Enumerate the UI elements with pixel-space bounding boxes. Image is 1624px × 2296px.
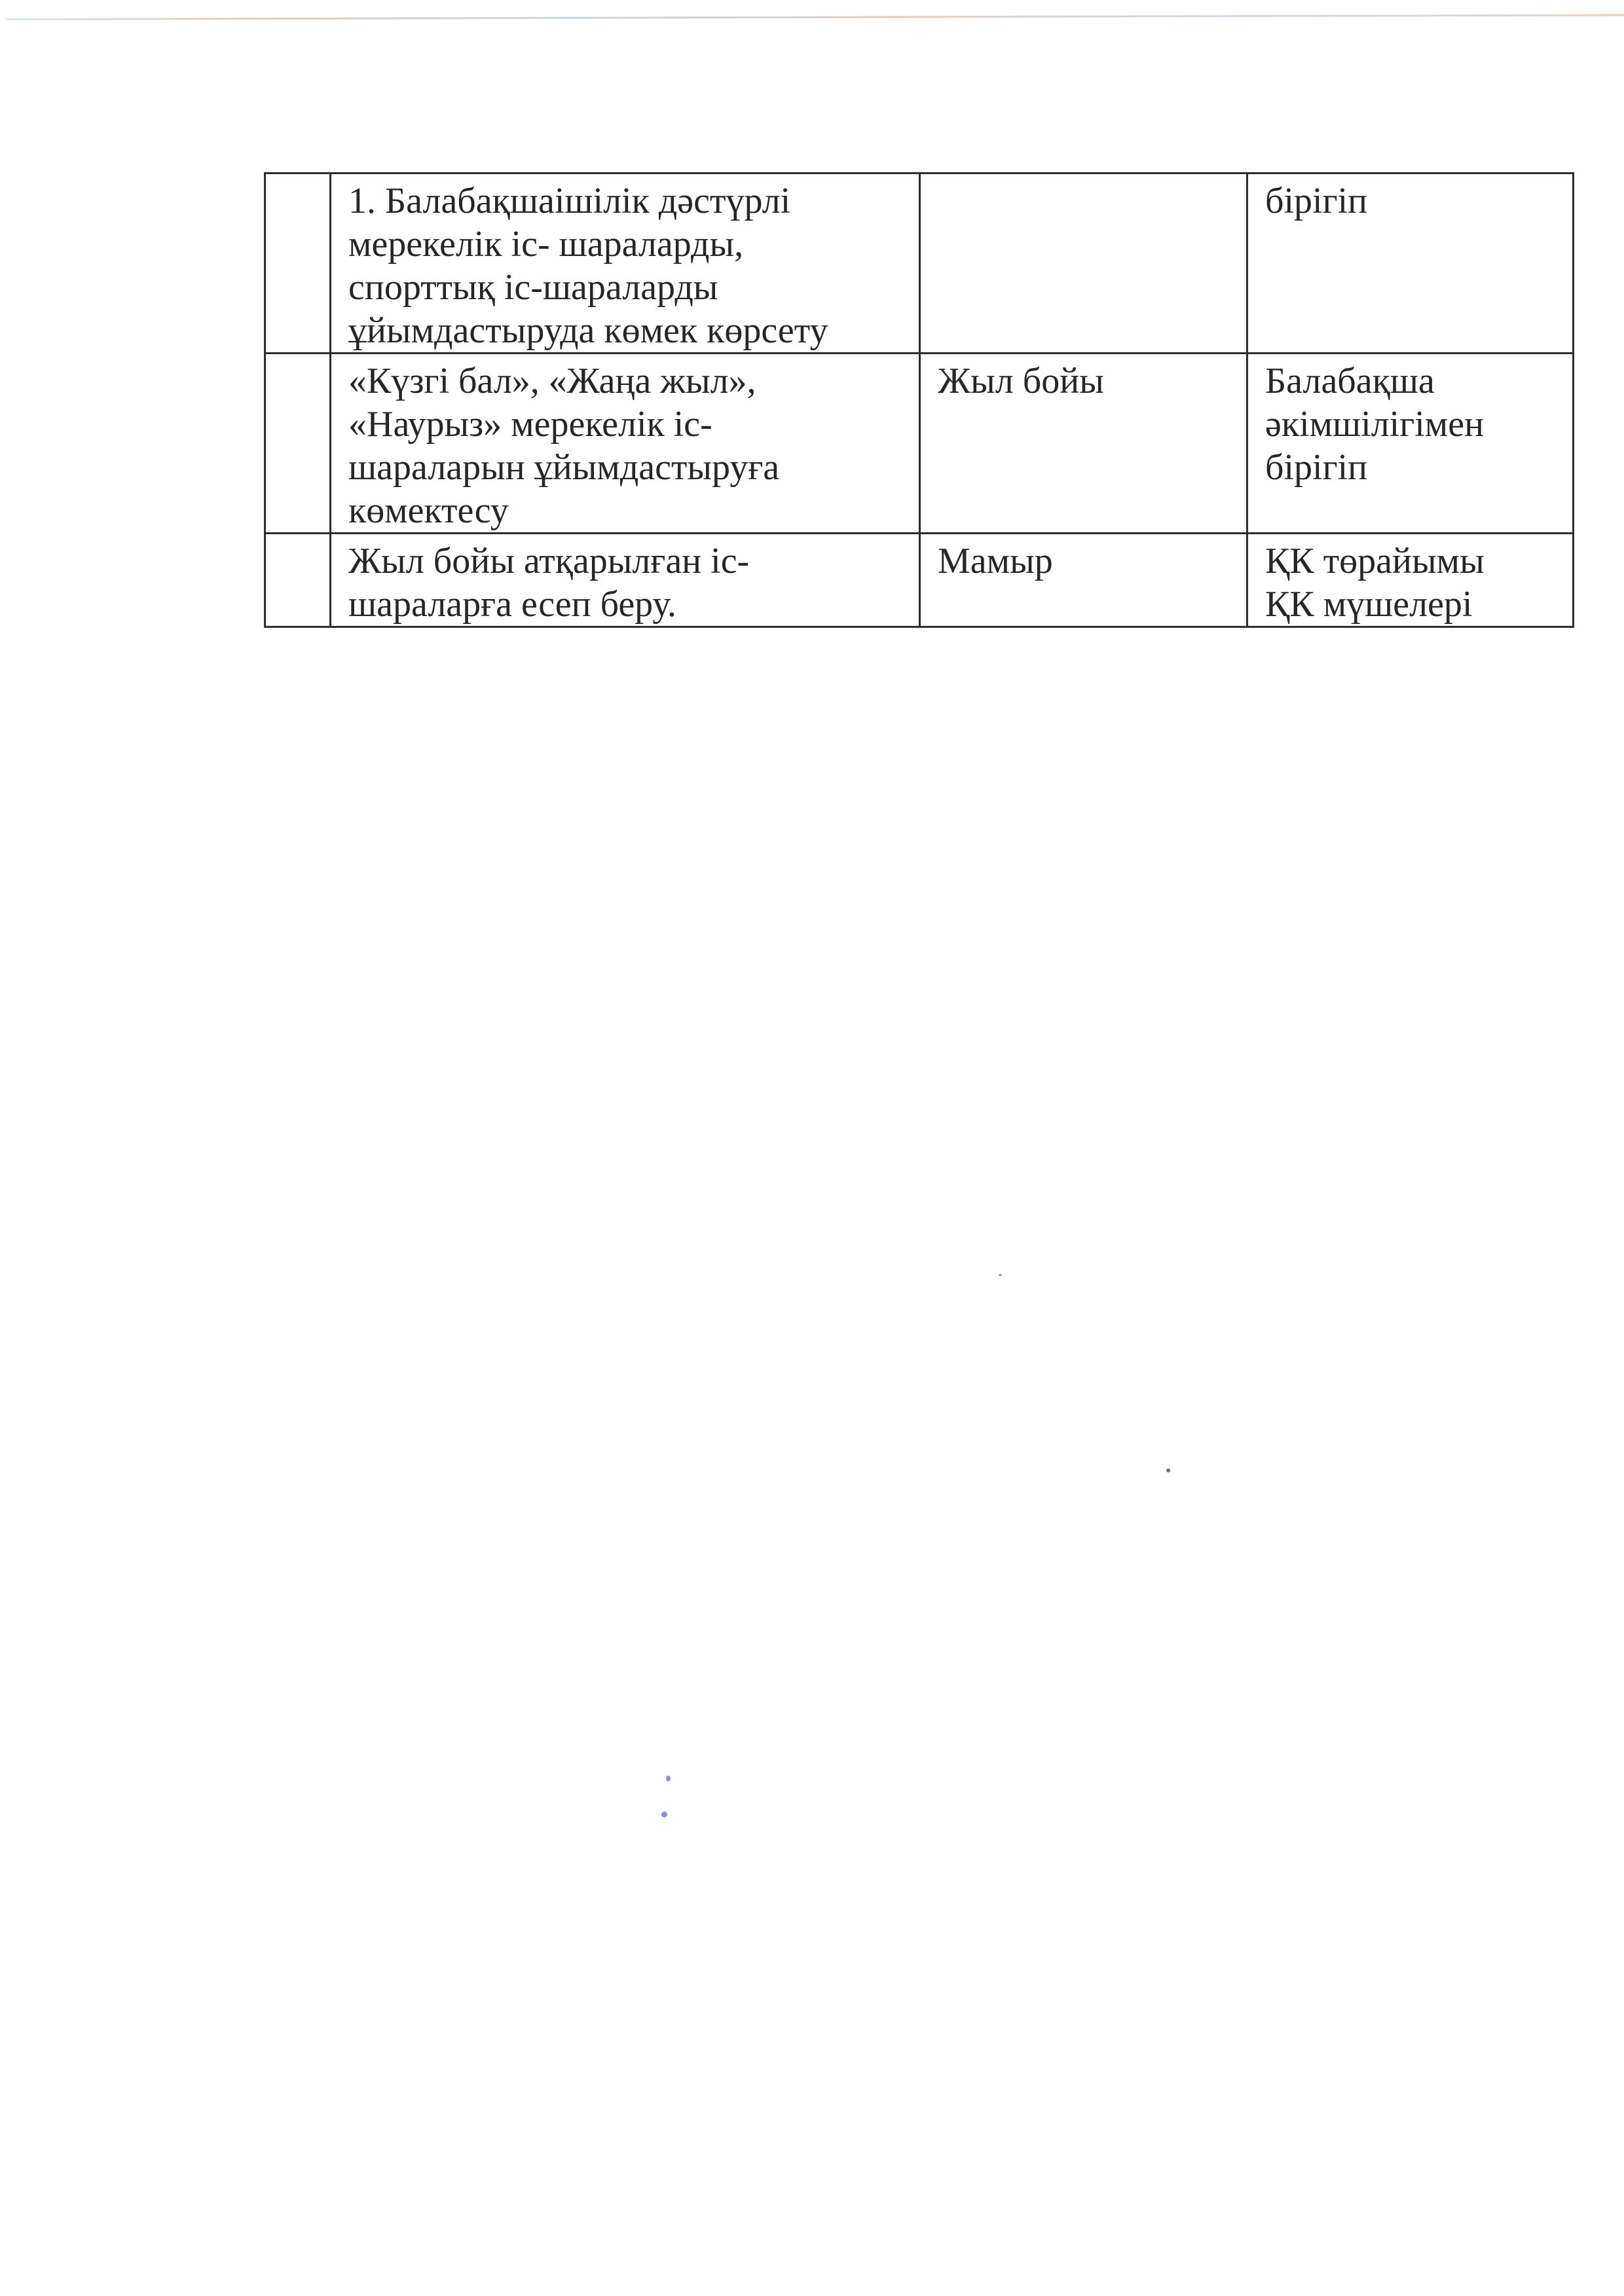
task-line: Жыл бойы атқарылған іс- [348,539,919,583]
task-line: мерекелік іс- шараларды, [348,223,919,266]
scan-speck [666,1776,671,1781]
date-line: Мамыр [938,539,1246,583]
date-cell: Жыл бойы [920,354,1247,534]
task-line: шараларға есеп беру. [348,583,919,626]
date-cell [920,173,1247,354]
task-line: «Күзгі бал», «Жаңа жыл», [348,359,919,403]
responsible-cell: бірігіп [1247,173,1574,354]
task-line: спорттық іс-шараларды [348,266,919,309]
task-line: 1. Балабақшаішілік дәстүрлі [348,179,919,223]
scan-speck [1166,1468,1170,1472]
responsible-line: бірігіп [1265,179,1572,223]
scanner-edge-line [7,14,1624,20]
responsible-line: әкімшілігімен [1265,403,1572,446]
scan-speck [999,1274,1002,1276]
task-line: шараларын ұйымдастыруға [348,446,919,489]
task-cell: 1. Балабақшаішілік дәстүрлі мерекелік іс… [331,173,920,354]
task-cell: Жыл бойы атқарылған іс- шараларға есеп б… [331,534,920,627]
task-line: көмектесу [348,489,919,532]
table-row: Жыл бойы атқарылған іс- шараларға есеп б… [265,534,1574,627]
table-row: 1. Балабақшаішілік дәстүрлі мерекелік іс… [265,173,1574,354]
responsible-line: Балабақша [1265,359,1572,403]
table-row: «Күзгі бал», «Жаңа жыл», «Наурыз» мереке… [265,354,1574,534]
row-number-cell [265,534,331,627]
scan-speck [661,1812,667,1817]
row-number-cell [265,354,331,534]
responsible-line: ҚК төрайымы [1265,539,1572,583]
task-line: «Наурыз» мерекелік іс- [348,403,919,446]
responsible-line: ҚК мүшелері [1265,583,1572,626]
date-cell: Мамыр [920,534,1247,627]
date-line: Жыл бойы [938,359,1246,403]
responsible-cell: Балабақша әкімшілігімен бірігіп [1247,354,1574,534]
task-cell: «Күзгі бал», «Жаңа жыл», «Наурыз» мереке… [331,354,920,534]
row-number-cell [265,173,331,354]
event-plan-table: 1. Балабақшаішілік дәстүрлі мерекелік іс… [264,172,1574,628]
task-line: ұйымдастыруда көмек көрсету [348,309,919,352]
responsible-cell: ҚК төрайымы ҚК мүшелері [1247,534,1574,627]
responsible-line: бірігіп [1265,446,1572,489]
